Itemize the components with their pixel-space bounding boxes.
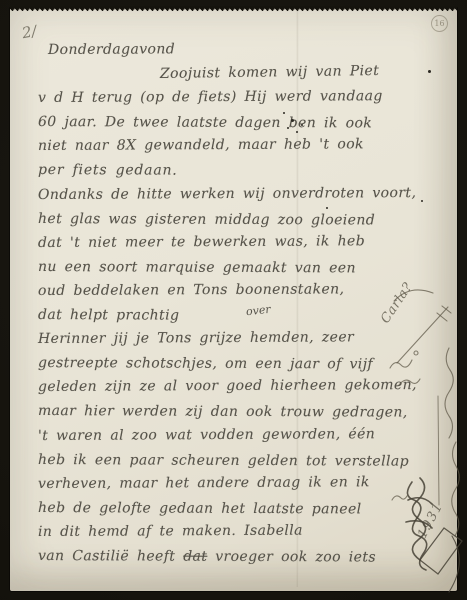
ink-speck xyxy=(421,200,423,202)
folio-stamp: 16 xyxy=(431,15,448,32)
last-line-after: vroeger ook zoo iets xyxy=(207,549,376,566)
ink-speck xyxy=(301,124,303,126)
ink-speck xyxy=(326,207,328,209)
ink-speck xyxy=(296,131,298,133)
ink-speck xyxy=(291,119,294,122)
ink-speck xyxy=(287,127,289,129)
letter-body: Donderdagavond Zoojuist komen wij van Pi… xyxy=(38,38,438,568)
letter-line: 't waren al zoo wat vodden geworden, één xyxy=(38,421,438,447)
letter-line: Zoojuist komen wij van Piet xyxy=(160,58,438,86)
letter-line: dat 't niet meer te bewerken was, ik heb xyxy=(38,229,438,255)
letter-line: verheven, maar het andere draag ik en ik xyxy=(38,470,438,496)
letter-line-last: van Castilië heeft dat vroeger ook zoo i… xyxy=(38,544,438,570)
struck-word: dat xyxy=(183,549,207,565)
letter-line: geleden zijn ze al voor goed hierheen ge… xyxy=(38,373,438,399)
letter-line: v d H terug (op de fiets) Hij werd vanda… xyxy=(38,84,438,110)
letter-line: Ondanks de hitte werken wij onverdroten … xyxy=(38,180,438,206)
page-number: 2/ xyxy=(21,22,39,42)
letter-line: niet naar 8X gewandeld, maar heb 't ook xyxy=(38,132,438,158)
letter-line: Herinner jij je Tons grijze hemden, zeer xyxy=(38,325,438,351)
folio-stamp-number: 16 xyxy=(434,19,444,28)
ink-speck xyxy=(283,112,285,114)
inserted-word: over xyxy=(245,303,271,319)
letter-line: in dit hemd af te maken. Isabella xyxy=(38,518,438,544)
perforated-edge xyxy=(10,6,457,11)
letter-line: oud beddelaken en Tons boonenstaken, xyxy=(38,277,438,303)
photo-background: 2/ 16 Donderdagavond Zoojuist komen wij … xyxy=(0,0,467,600)
ink-speck xyxy=(428,70,431,73)
last-line-before: van Castilië heeft xyxy=(38,548,183,565)
